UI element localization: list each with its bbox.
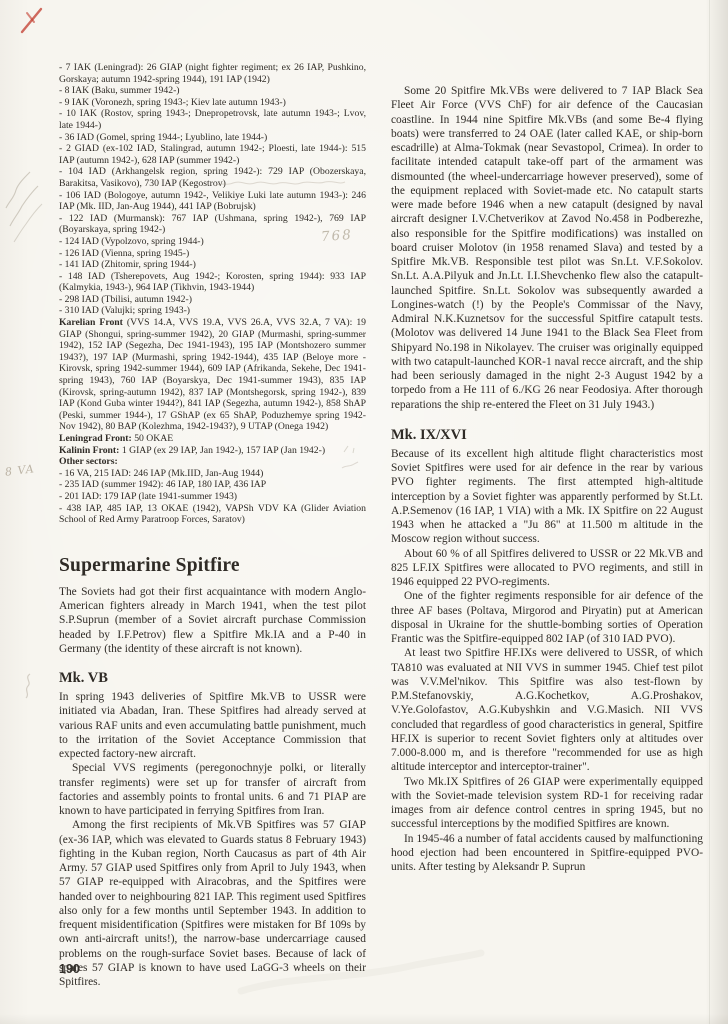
paragraph: Among the first recipients of Mk.VB Spit… (59, 818, 366, 989)
subsection-heading-mk-ix-xvi: Mk. IX/XVI (391, 427, 703, 444)
paragraph: About 60 % of all Spitfires delivered to… (391, 547, 703, 590)
unit-list-item-lead: Karelian Front (59, 317, 123, 328)
unit-list-item: - 148 IAD (Tsherepovets, Aug 1942-; Koro… (59, 271, 366, 294)
paragraph: Some 20 Spitfire Mk.VBs were delivered t… (391, 84, 703, 412)
pencil-squiggle (20, 672, 38, 700)
page-edge-line (709, 0, 710, 1024)
pencil-margin-scribble (0, 164, 46, 248)
unit-list-item: Kalinin Front: 1 GIAP (ex 29 IAP, Jan 19… (59, 445, 366, 457)
unit-list-item: - 201 IAD: 179 IAP (late 1941-summer 194… (59, 491, 366, 503)
mk-vb-paragraphs: In spring 1943 deliveries of Spitfire Mk… (59, 690, 366, 989)
page-edge-shadow (705, 0, 728, 1024)
unit-list-item: - 124 IAD (Vypolzovo, spring 1944-) (59, 236, 366, 248)
unit-list-item: Leningrad Front: 50 OKAE (59, 433, 366, 445)
paragraph: In spring 1943 deliveries of Spitfire Mk… (59, 690, 366, 761)
section-heading-supermarine-spitfire: Supermarine Spitfire (59, 555, 366, 577)
unit-list-item: - 9 IAK (Voronezh, spring 1943-; Kiev la… (59, 97, 366, 109)
unit-list-item: - 16 VA, 215 IAD: 246 IAP (Mk.IID, Jan-A… (59, 468, 366, 480)
paragraph: One of the fighter regiments responsible… (391, 589, 703, 646)
paragraph: Because of its excellent high altitude f… (391, 447, 703, 547)
unit-list-item: - 310 IAD (Valujki; spring 1943-) (59, 305, 366, 317)
left-column: - 7 IAK (Leningrad): 26 GIAP (night figh… (59, 62, 366, 989)
unit-list-item: - 2 GIAD (ex-102 IAD, Stalingrad, autumn… (59, 143, 366, 166)
unit-list-item: Other sectors: (59, 456, 366, 468)
unit-list-item: - 10 IAK (Rostov, spring 1943-; Dneprope… (59, 108, 366, 131)
unit-list-item: - 298 IAD (Tbilisi, autumn 1942-) (59, 294, 366, 306)
mk-ix-xvi-paragraphs: Because of its excellent high altitude f… (391, 447, 703, 875)
unit-list-item-lead: Other sectors: (59, 456, 118, 467)
unit-list-item: - 8 IAK (Baku, summer 1942-) (59, 85, 366, 97)
unit-list-item: - 36 IAD (Gomel, spring 1944-; Lyublino,… (59, 132, 366, 144)
paragraph: In 1945-46 a number of fatal accidents c… (391, 832, 703, 875)
subsection-heading-mk-vb: Mk. VB (59, 670, 366, 687)
unit-list-item: - 235 IAD (summer 1942): 46 IAP, 180 IAP… (59, 479, 366, 491)
paragraph: Special VVS regiments (peregonochnyje po… (59, 761, 366, 818)
unit-list-item-lead: Kalinin Front: (59, 445, 119, 456)
intro-paragraphs: The Soviets had got their first acquaint… (59, 585, 366, 656)
paragraph: Two Mk.IX Spitfires of 26 GIAP were expe… (391, 775, 703, 832)
unit-list-item: - 126 IAD (Vienna, spring 1945-) (59, 248, 366, 260)
page-number: 190 (59, 962, 80, 976)
paragraph: The Soviets had got their first acquaint… (59, 585, 366, 656)
unit-list: - 7 IAK (Leningrad): 26 GIAP (night figh… (59, 62, 366, 526)
unit-list-item: - 106 IAD (Bologoye, autumn 1942-, Velik… (59, 190, 366, 213)
red-pen-mark (18, 5, 52, 39)
unit-list-item: - 104 IAD (Arkhangelsk region, spring 19… (59, 166, 366, 189)
unit-list-item: Karelian Front (VVS 14.A, VVS 19.A, VVS … (59, 317, 366, 433)
unit-list-item: - 122 IAD (Murmansk): 767 IAP (Ushmana, … (59, 213, 366, 236)
pencil-note-8va: 8 VA (4, 462, 35, 479)
page-bottom-shadow (0, 1014, 728, 1024)
unit-list-item: - 141 IAD (Zhitomir, spring 1944-) (59, 259, 366, 271)
paragraph: At least two Spitfire HF.IXs were delive… (391, 646, 703, 774)
mk-vb-continued-paragraphs: Some 20 Spitfire Mk.VBs were delivered t… (391, 84, 703, 412)
right-column: Some 20 Spitfire Mk.VBs were delivered t… (391, 84, 703, 874)
unit-list-item: - 7 IAK (Leningrad): 26 GIAP (night figh… (59, 62, 366, 85)
unit-list-item: - 438 IAP, 485 IAP, 13 OKAE (1942), VAPS… (59, 503, 366, 526)
unit-list-item-lead: Leningrad Front: (59, 433, 132, 444)
